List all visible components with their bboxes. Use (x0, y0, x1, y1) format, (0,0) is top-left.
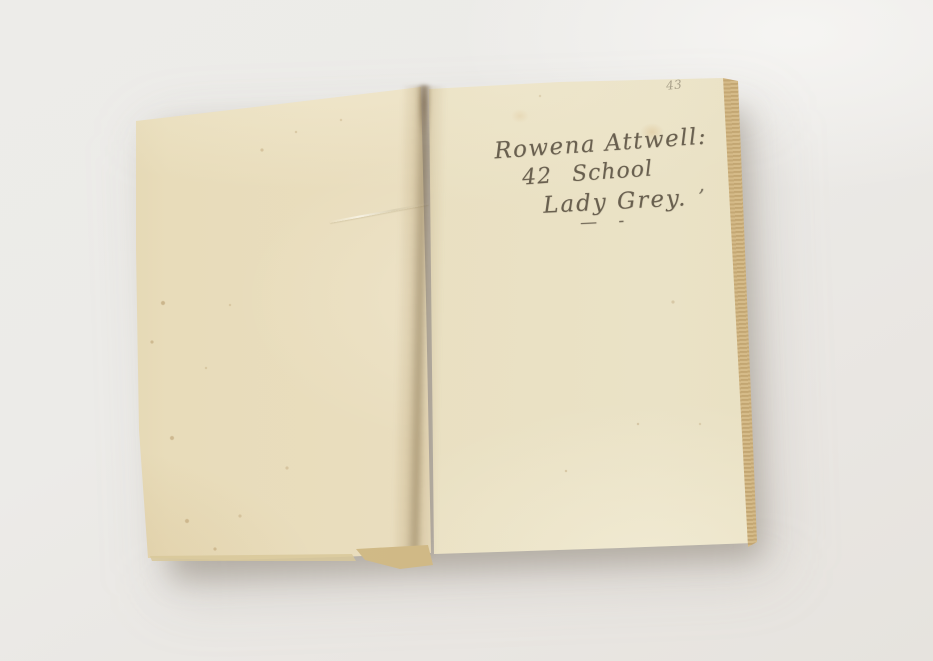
inscription-underline-dashes: — - (580, 211, 625, 233)
corner-pencil-mark: 43 (665, 77, 683, 93)
photo-background: Rowena Attwell: 42 School Lady Grey. — -… (0, 0, 933, 661)
gutter-top-shadow (416, 85, 432, 170)
